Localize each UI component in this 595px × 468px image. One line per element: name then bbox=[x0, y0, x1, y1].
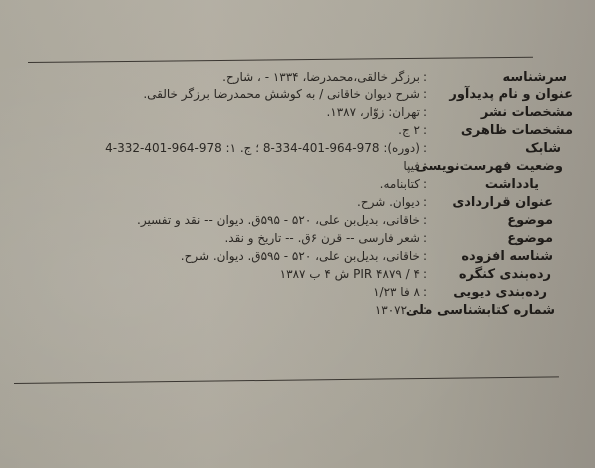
field-value: :برزگر خالقی،محمدرضا، ۱۳۳۴ - ، شارح. bbox=[222, 70, 427, 84]
field-label: عنوان و نام پدیدآور bbox=[403, 87, 573, 102]
field-row-national-bib-number: شماره کتابشناسی ملی :۱۳۰۷۲۰۰ bbox=[0, 303, 595, 321]
field-row-title: عنوان و نام پدیدآور :شرح دیوان خاقانی / … bbox=[0, 87, 595, 105]
field-value: :دیوان. شرح. bbox=[357, 195, 427, 209]
field-value: :تهران: زوّار، ۱۳۸۷. bbox=[326, 105, 427, 119]
catalog-page: سرشناسه :برزگر خالقی،محمدرضا، ۱۳۳۴ - ، ش… bbox=[0, 0, 595, 468]
field-value: :کتابنامه. bbox=[380, 177, 427, 191]
field-value: :۱۳۰۷۲۰۰ bbox=[375, 303, 427, 317]
field-value: :شعر فارسی -- قرن ۶ق. -- تاریخ و نقد. bbox=[224, 231, 427, 245]
field-row-physical: مشخصات ظاهری :۲ ج. bbox=[0, 123, 595, 141]
bottom-divider bbox=[14, 376, 559, 384]
field-row-subject-1: موضوع :خاقانی، بدیل‌بن علی، ۵۲۰ - ۵۹۵ق. … bbox=[0, 213, 595, 231]
field-row-uniform-title: عنوان قراردادی :دیوان. شرح. bbox=[0, 195, 595, 213]
field-value: :PIR ۴۸۷۹ / ۴ ش ۴ ب ۱۳۸۷ bbox=[280, 267, 427, 281]
field-row-heading: سرشناسه :برزگر خالقی،محمدرضا، ۱۳۳۴ - ، ش… bbox=[0, 70, 595, 88]
field-value: :شرح دیوان خاقانی / به کوشش محمدرضا برزگ… bbox=[143, 87, 427, 101]
field-value: :فیپا bbox=[403, 159, 427, 173]
field-row-catalog-status: وضعیت فهرست‌نویسی :فیپا bbox=[0, 159, 595, 177]
field-label: مشخصات نشر bbox=[403, 105, 573, 120]
field-row-dewey-class: رده‌بندی دیویی :۸ فا ۱/۲۳ bbox=[0, 285, 595, 303]
field-value: :(دوره): 978-964-401-334-8 ؛ ج. ۱: 978-9… bbox=[105, 141, 427, 155]
field-value: :خاقانی، بدیل‌بن علی، ۵۲۰ - ۵۹۵ق. دیوان … bbox=[137, 213, 427, 227]
field-label: مشخصات ظاهری bbox=[403, 123, 573, 138]
top-divider bbox=[28, 57, 533, 63]
field-row-subject-2: موضوع :شعر فارسی -- قرن ۶ق. -- تاریخ و ن… bbox=[0, 231, 595, 249]
field-row-publication: مشخصات نشر :تهران: زوّار، ۱۳۸۷. bbox=[0, 105, 595, 123]
field-value: :۲ ج. bbox=[398, 123, 427, 137]
field-row-note: یادداشت :کتابنامه. bbox=[0, 177, 595, 195]
field-row-lc-class: رده‌بندی کنگره :PIR ۴۸۷۹ / ۴ ش ۴ ب ۱۳۸۷ bbox=[0, 267, 595, 285]
field-row-added-entry: شناسه افزوده :خاقانی، بدیل‌بن علی، ۵۲۰ -… bbox=[0, 249, 595, 267]
field-value: :خاقانی، بدیل‌بن علی، ۵۲۰ - ۵۹۵ق. دیوان.… bbox=[181, 249, 427, 263]
field-row-isbn: شابک :(دوره): 978-964-401-334-8 ؛ ج. ۱: … bbox=[0, 141, 595, 159]
field-value: :۸ فا ۱/۲۳ bbox=[373, 285, 427, 299]
